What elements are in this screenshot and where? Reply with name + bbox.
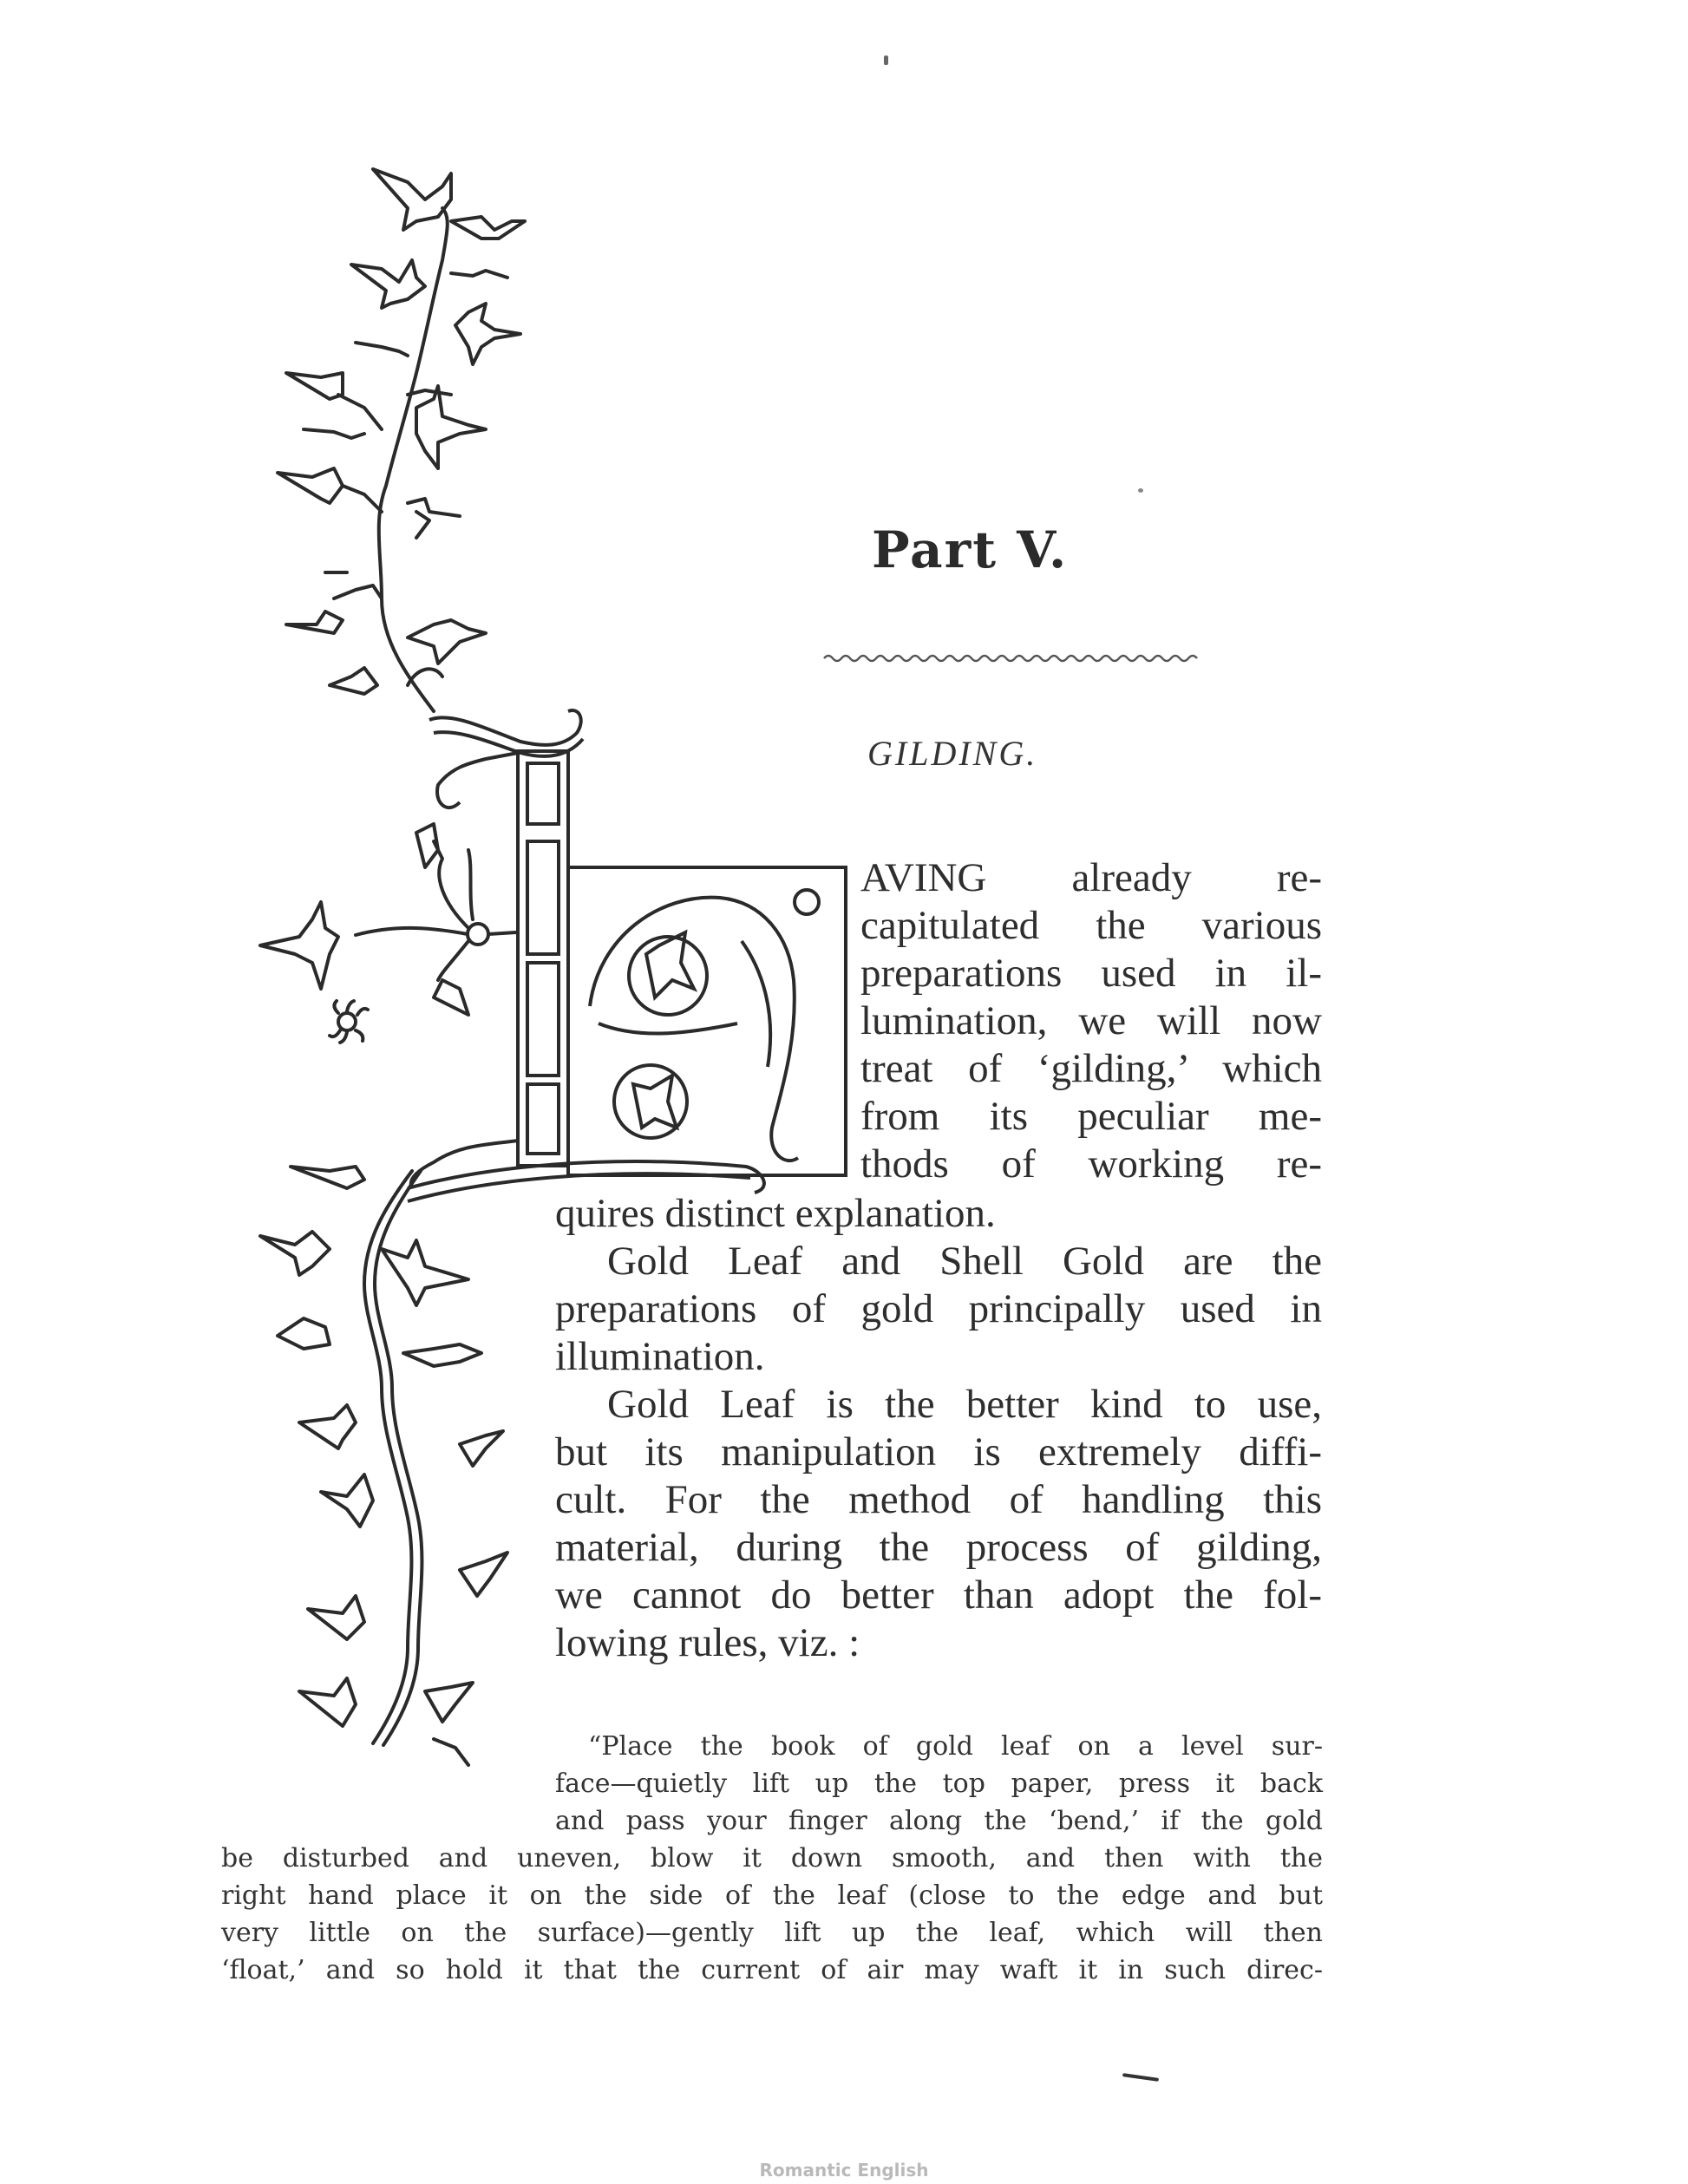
quote-line: “Place the book of gold leaf on a level … (555, 1728, 1323, 1765)
text-line: Gold Leaf and Shell Gold are the (555, 1238, 1322, 1285)
text-line: but its manipulation is extremely diffi- (555, 1429, 1322, 1476)
quote-line: right hand place it on the side of the l… (221, 1877, 1323, 1914)
quote-line: be disturbed and uneven, blow it down sm… (221, 1840, 1323, 1877)
section-title: GILDING. (867, 733, 1037, 774)
wavy-rule-icon (824, 652, 1197, 664)
watermark: Romantic English (0, 2160, 1688, 2181)
book-page: Part V. GILDING. AVING already re- capit… (0, 0, 1688, 2184)
drop-cap-paragraph: AVING already re- capitulated the variou… (860, 854, 1322, 1188)
text-line: Gold Leaf is the better kind to use, (555, 1381, 1322, 1429)
text-line: treat of ‘gilding,’ which (860, 1045, 1322, 1093)
quote-line: and pass your finger along the ‘bend,’ i… (555, 1802, 1323, 1840)
text-line: quires distinct explanation. (555, 1190, 1322, 1238)
text-line: from its peculiar me- (860, 1093, 1322, 1141)
text-line: preparations of gold principally used in (555, 1285, 1322, 1333)
text-line: capitulated the various (860, 902, 1322, 950)
text-line: lowing rules, viz. : (555, 1619, 1322, 1667)
text-line: material, during the process of gilding, (555, 1524, 1322, 1572)
text-line: lumination, we will now (860, 997, 1322, 1045)
print-speck (884, 56, 888, 65)
block-quote: “Place the book of gold leaf on a level … (221, 1728, 1323, 1989)
text-line: illumination. (555, 1333, 1322, 1381)
text-line: preparations used in il- (860, 950, 1322, 997)
print-mark (1122, 2073, 1159, 2082)
print-speck (1138, 488, 1143, 493)
text-line: we cannot do better than adopt the fol- (555, 1572, 1322, 1619)
text-line: thods of working re- (860, 1141, 1322, 1188)
text-line: AVING already re- (860, 854, 1322, 902)
quote-line: face—quietly lift up the top paper, pres… (555, 1765, 1323, 1802)
body-text: quires distinct explanation. Gold Leaf a… (555, 1190, 1322, 1667)
part-heading: Part V. (872, 520, 1068, 579)
text-line: cult. For the method of handling this (555, 1476, 1322, 1524)
quote-line: very little on the surface)—gently lift … (221, 1914, 1323, 1952)
quote-line: ‘float,’ and so hold it that the current… (221, 1952, 1323, 1989)
illuminated-initial-h (408, 710, 846, 1201)
